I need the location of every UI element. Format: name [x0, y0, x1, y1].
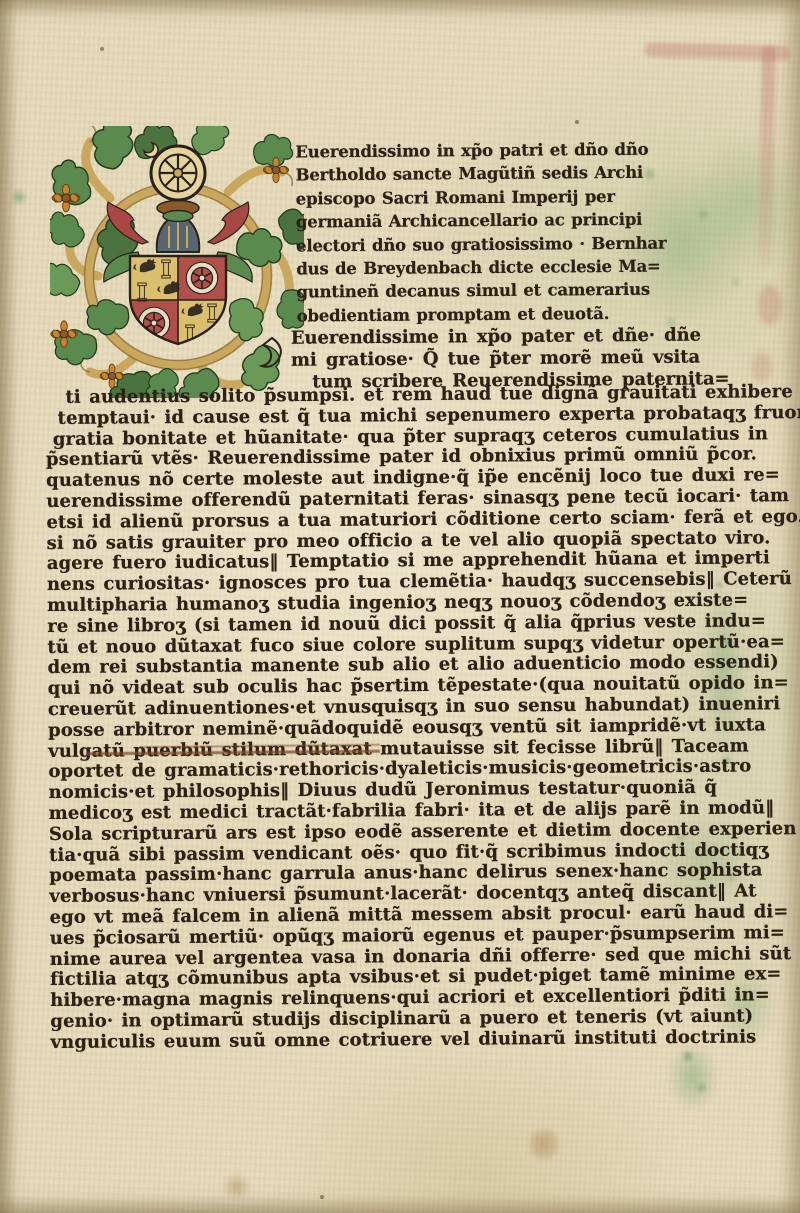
brown-spot — [528, 1128, 560, 1160]
book-page: Euerendissimo in xp̃o patri et dño dño B… — [0, 0, 800, 1213]
text-line: vnguiculis euum suũ omne cotriuere vel d… — [50, 1027, 800, 1054]
text-line: episcopo Sacri Romani Imperij per — [296, 184, 667, 210]
text-line: germaniã Archicancellario ac principi — [296, 208, 667, 234]
green-stain — [10, 188, 28, 206]
woodcut-initial-R — [50, 126, 304, 398]
body-text-block: ti audentius solito p̃sumpsi. et rem hau… — [45, 382, 800, 1053]
text-line: Euerendissimo in xp̃o patri et dño dño — [295, 138, 666, 164]
ink-speck — [575, 120, 579, 124]
brown-spot — [222, 1172, 252, 1202]
text-line: guntineñ decanus simul et camerarius — [296, 278, 667, 304]
red-offset-mark — [758, 46, 776, 266]
dedication-paragraph: Euerendissimo in xp̃o patri et dño dño B… — [295, 138, 667, 328]
red-offset-mark — [645, 42, 790, 61]
text-line: electori dño suo gratiosissimo · Bernhar — [296, 231, 667, 257]
text-line: dus de Breydenbach dicte ecclesie Ma= — [296, 255, 667, 281]
ink-speck — [100, 47, 104, 51]
text-line: Bertholdo sancte Magũtiñ sedis Archi — [295, 161, 666, 187]
red-offset-mark — [758, 285, 782, 325]
red-offset-mark — [752, 352, 772, 382]
text-line: obedientiam promptam et deuotã. — [297, 301, 668, 327]
ink-speck — [320, 1195, 324, 1199]
